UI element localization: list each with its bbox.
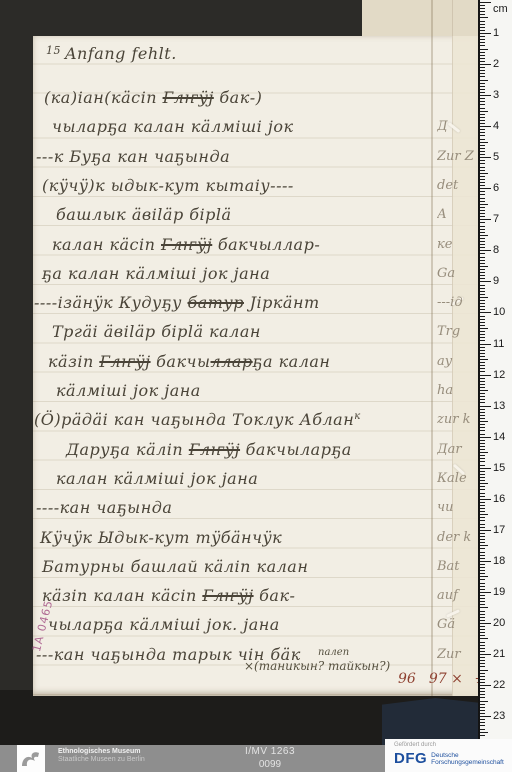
ruler-tick bbox=[480, 139, 485, 140]
ruler-tick bbox=[480, 269, 485, 270]
ruler-tick bbox=[480, 340, 485, 341]
ruler-tick bbox=[480, 76, 485, 77]
ruler-tick bbox=[480, 285, 485, 286]
ruler-tick bbox=[480, 247, 485, 248]
ruler-tick bbox=[480, 92, 485, 93]
ruler-tick bbox=[480, 611, 485, 612]
ruler-tick bbox=[480, 589, 485, 590]
ruler-number: 13 bbox=[493, 400, 505, 412]
ruler-tick bbox=[480, 266, 488, 267]
ruler-tick bbox=[480, 682, 485, 683]
ruler-tick bbox=[480, 704, 485, 705]
ruler-tick bbox=[480, 160, 485, 161]
margin-fragment: zur k bbox=[437, 412, 478, 427]
ruler-tick bbox=[480, 642, 485, 643]
ruler-tick bbox=[480, 86, 485, 87]
ruler-tick bbox=[480, 493, 485, 494]
ruler-tick bbox=[480, 198, 485, 199]
museum-name: Ethnologisches Museum Staatliche Museen … bbox=[58, 748, 145, 764]
ruler-tick bbox=[480, 427, 485, 428]
ruler-tick bbox=[480, 719, 485, 720]
museum-logo-icon bbox=[17, 745, 45, 772]
ruler-tick bbox=[480, 663, 485, 664]
ruler-tick bbox=[480, 238, 485, 239]
museum-name-line2: Staatliche Museen zu Berlin bbox=[58, 756, 145, 764]
margin-fragment: Д bbox=[437, 119, 478, 134]
ruler-tick bbox=[480, 173, 488, 174]
manuscript-line: (кÿчÿ)к ыдык-кут кытаiу---- bbox=[42, 176, 294, 195]
ruler-tick bbox=[480, 11, 485, 12]
ruler-tick bbox=[480, 154, 485, 155]
ruler-tick bbox=[480, 108, 485, 109]
ruler-tick bbox=[480, 623, 491, 624]
manuscript-line: кäзiп калан кäciп Глҥӱj бак- bbox=[42, 586, 295, 605]
ruler-tick bbox=[480, 474, 485, 475]
ruler-tick bbox=[480, 5, 485, 6]
margin-fragment: ау bbox=[437, 354, 478, 369]
ruler-tick bbox=[480, 598, 485, 599]
ruler-tick bbox=[480, 45, 485, 46]
ruler-tick bbox=[480, 716, 491, 717]
ruler-tick bbox=[480, 120, 485, 121]
ruler-tick bbox=[480, 14, 485, 15]
ruler-tick bbox=[480, 207, 485, 208]
manuscript-line: калан кäлмiшi jок jана bbox=[56, 469, 258, 488]
ruler-number: 8 bbox=[493, 244, 499, 256]
scan-page-number: 0099 bbox=[200, 759, 340, 770]
ruler-number: 16 bbox=[493, 493, 505, 505]
ruler-tick bbox=[480, 356, 485, 357]
dfg-full-name: Deutsche Forschungsgemeinschaft bbox=[431, 752, 504, 766]
ruler-number: 21 bbox=[493, 648, 505, 660]
ruler-tick bbox=[480, 334, 485, 335]
ruler-tick bbox=[480, 52, 485, 53]
ruler-tick bbox=[480, 359, 488, 360]
ruler-tick bbox=[480, 449, 485, 450]
manuscript-line: Кÿчÿк Ыдык-кут тÿбäнчÿк bbox=[40, 528, 282, 547]
ruler-tick bbox=[480, 316, 485, 317]
manuscript-line: Батурны башлай кäлiп калан bbox=[42, 557, 308, 576]
ruler-tick bbox=[480, 263, 485, 264]
ruler-tick bbox=[480, 691, 485, 692]
ruler-tick bbox=[480, 371, 485, 372]
margin-fragment: ---iд bbox=[437, 295, 478, 310]
ruler-tick bbox=[480, 564, 485, 565]
ruler-tick bbox=[480, 64, 491, 65]
dfg-name-line2: Forschungsgemeinschaft bbox=[431, 759, 504, 766]
dark-card-corner bbox=[382, 698, 479, 745]
ruler-tick bbox=[480, 729, 485, 730]
margin-fragment: Тrg bbox=[437, 324, 478, 339]
manuscript-photo: 15 Anfang fehlt.(ка)iан(кäciп Глҥӱj бак-… bbox=[0, 0, 512, 745]
ruler-tick bbox=[480, 654, 491, 655]
ruler-tick bbox=[480, 319, 485, 320]
ruler-number: 19 bbox=[493, 586, 505, 598]
ruler-tick bbox=[480, 651, 485, 652]
ruler-tick bbox=[480, 421, 488, 422]
ruler-tick bbox=[480, 552, 485, 553]
ruler-tick bbox=[480, 688, 485, 689]
ruler-tick bbox=[480, 402, 485, 403]
ruler-tick bbox=[480, 229, 485, 230]
ruler-tick bbox=[480, 210, 485, 211]
ruler-tick bbox=[480, 406, 491, 407]
dfg-name-line1: Deutsche bbox=[431, 752, 504, 759]
ruler-number: 20 bbox=[493, 617, 505, 629]
ruler-tick bbox=[480, 244, 485, 245]
ruler-tick bbox=[480, 620, 485, 621]
ruler-tick bbox=[480, 545, 488, 546]
ruler-tick bbox=[480, 27, 485, 28]
ruler-tick bbox=[480, 55, 485, 56]
ruler-tick bbox=[480, 378, 485, 379]
ruler-number: 22 bbox=[493, 679, 505, 691]
ruler-tick bbox=[480, 129, 485, 130]
ruler-tick bbox=[480, 536, 485, 537]
ruler-tick bbox=[480, 502, 485, 503]
ruler-tick bbox=[480, 409, 485, 410]
margin-fragment: А bbox=[437, 207, 478, 222]
ruler-tick bbox=[480, 123, 485, 124]
margin-fragment: hа bbox=[437, 383, 478, 398]
ruler-tick bbox=[480, 701, 488, 702]
ruler-tick bbox=[480, 732, 488, 733]
ruler-tick bbox=[480, 288, 485, 289]
ruler-tick bbox=[480, 104, 485, 105]
ruler-tick bbox=[480, 471, 485, 472]
ruler: cm 1234567891011121314151617181920212223 bbox=[478, 0, 512, 740]
ruler-tick bbox=[480, 309, 485, 310]
ruler-tick bbox=[480, 579, 485, 580]
ruler-tick bbox=[480, 226, 485, 227]
manuscript-line: ҕа калан кäлмiшi jок jана bbox=[42, 264, 270, 283]
ruler-tick bbox=[480, 272, 485, 273]
ruler-tick bbox=[480, 694, 485, 695]
ruler-tick bbox=[480, 673, 485, 674]
ruler-tick bbox=[480, 604, 485, 605]
ruler-tick bbox=[480, 142, 488, 143]
annotation-superscript: палеп bbox=[318, 647, 349, 658]
funding-label: Gefördert durch bbox=[394, 742, 436, 748]
ruler-tick bbox=[480, 638, 488, 639]
ruler-tick bbox=[480, 626, 485, 627]
ruler-tick bbox=[480, 132, 485, 133]
ruler-tick bbox=[480, 98, 485, 99]
ruler-tick bbox=[480, 135, 485, 136]
ruler-tick bbox=[480, 344, 491, 345]
ruler-tick bbox=[480, 191, 485, 192]
ruler-tick bbox=[480, 24, 485, 25]
ruler-number: 4 bbox=[493, 120, 499, 132]
ruler-tick bbox=[480, 561, 491, 562]
ruler-tick bbox=[480, 679, 485, 680]
ruler-tick bbox=[480, 645, 485, 646]
ruler-number: 15 bbox=[493, 462, 505, 474]
ruler-tick bbox=[480, 176, 485, 177]
ruler-tick bbox=[480, 393, 485, 394]
ruler-tick bbox=[480, 710, 485, 711]
ruler-tick bbox=[480, 347, 485, 348]
ruler-tick bbox=[480, 539, 485, 540]
ruler-tick bbox=[480, 17, 488, 18]
ruler-number: 9 bbox=[493, 275, 499, 287]
ruler-number: 1 bbox=[493, 27, 499, 39]
ruler-number: 12 bbox=[493, 369, 505, 381]
ruler-tick bbox=[480, 567, 485, 568]
ruler-tick bbox=[480, 660, 485, 661]
ruler-tick bbox=[480, 232, 485, 233]
vertical-crease bbox=[431, 0, 433, 696]
ruler-tick bbox=[480, 443, 485, 444]
ruler-tick bbox=[480, 465, 485, 466]
ruler-number: 7 bbox=[493, 213, 499, 225]
ruler-tick bbox=[480, 514, 488, 515]
ruler-tick bbox=[480, 21, 485, 22]
ruler-tick bbox=[480, 300, 485, 301]
ruler-tick bbox=[480, 194, 485, 195]
ruler-tick bbox=[480, 517, 485, 518]
ruler-tick bbox=[480, 670, 488, 671]
ruler-tick bbox=[480, 337, 485, 338]
red-page-number: 97 × bbox=[429, 671, 463, 687]
ruler-tick bbox=[480, 592, 491, 593]
ruler-tick bbox=[480, 179, 485, 180]
inventory-number: I/MV 1263 bbox=[200, 746, 340, 757]
ruler-tick bbox=[480, 117, 485, 118]
ruler-tick bbox=[480, 145, 485, 146]
ruler-tick bbox=[480, 325, 485, 326]
ruler-tick bbox=[480, 281, 491, 282]
ruler-tick bbox=[480, 278, 485, 279]
ruler-tick bbox=[480, 418, 485, 419]
ruler-tick bbox=[480, 170, 485, 171]
red-page-number: 96 bbox=[398, 671, 416, 687]
ruler-tick bbox=[480, 260, 485, 261]
ruler-tick bbox=[480, 257, 485, 258]
margin-fragment: Дar bbox=[437, 442, 478, 457]
ruler-tick bbox=[480, 33, 491, 34]
ruler-tick bbox=[480, 430, 485, 431]
ruler-tick bbox=[480, 583, 485, 584]
ruler-tick bbox=[480, 185, 485, 186]
ruler-tick bbox=[480, 89, 485, 90]
ruler-tick bbox=[480, 353, 485, 354]
manuscript-line: кäлмiшi jок jана bbox=[56, 381, 201, 400]
ruler-tick bbox=[480, 629, 485, 630]
ruler-tick bbox=[480, 126, 491, 127]
ruler-tick bbox=[480, 505, 485, 506]
ruler-tick bbox=[480, 440, 485, 441]
ruler-tick bbox=[480, 508, 485, 509]
ruler-tick bbox=[480, 331, 485, 332]
ruler-tick bbox=[480, 36, 485, 37]
ruler-tick bbox=[480, 70, 485, 71]
ruler-tick bbox=[480, 555, 485, 556]
ruler-tick bbox=[480, 576, 488, 577]
ruler-tick bbox=[480, 558, 485, 559]
ruler-tick bbox=[480, 241, 485, 242]
manuscript-line: башлык äвiläр бiрlä bbox=[56, 205, 232, 224]
ruler-tick bbox=[480, 437, 491, 438]
ruler-tick bbox=[480, 312, 491, 313]
ruler-tick bbox=[480, 188, 491, 189]
ruler-tick bbox=[480, 384, 485, 385]
ruler-tick bbox=[480, 477, 485, 478]
ruler-tick bbox=[480, 468, 491, 469]
ruler-tick bbox=[480, 322, 485, 323]
ruler-tick bbox=[480, 67, 485, 68]
ruler-tick bbox=[480, 542, 485, 543]
ruler-unit-label: cm bbox=[493, 3, 508, 15]
ruler-tick bbox=[480, 511, 485, 512]
ruler-number: 18 bbox=[493, 555, 505, 567]
ruler-tick bbox=[480, 722, 485, 723]
ruler-tick bbox=[480, 39, 485, 40]
ruler-tick bbox=[480, 83, 485, 84]
ruler-tick bbox=[480, 167, 485, 168]
ruler-tick bbox=[480, 375, 491, 376]
ruler-tick bbox=[480, 368, 485, 369]
ruler-tick bbox=[480, 250, 491, 251]
margin-fragment: det bbox=[437, 178, 478, 193]
ruler-tick bbox=[480, 483, 488, 484]
ruler-tick bbox=[480, 101, 485, 102]
ruler-tick bbox=[480, 617, 485, 618]
ruler-tick bbox=[480, 235, 488, 236]
manuscript-line: ----iзäнÿк Кудуҕу батур Jiркäнт bbox=[34, 293, 320, 312]
ruler-number: 23 bbox=[493, 710, 505, 722]
ruler-tick bbox=[480, 350, 485, 351]
margin-fragment: der k bbox=[437, 530, 478, 545]
ruler-tick bbox=[480, 607, 488, 608]
ruler-number: 17 bbox=[493, 524, 505, 536]
manuscript-line: (ка)iан(кäciп Глҥӱj бак-) bbox=[44, 88, 262, 107]
manuscript-line: (Ö)рäдäi кан чаҕында Токлук Абланк bbox=[34, 410, 361, 429]
ruler-tick bbox=[480, 666, 485, 667]
ruler-tick bbox=[480, 434, 485, 435]
ruler-tick bbox=[480, 676, 485, 677]
manuscript-line: кäзiп Глҥӱj бакчылларҕа калан bbox=[48, 352, 330, 371]
ruler-tick bbox=[480, 114, 485, 115]
ruler-number: 5 bbox=[493, 151, 499, 163]
ruler-tick bbox=[480, 455, 485, 456]
ruler-tick bbox=[480, 657, 485, 658]
ruler-tick bbox=[480, 73, 485, 74]
ruler-tick bbox=[480, 216, 485, 217]
margin-fragment: Gа bbox=[437, 266, 478, 281]
ruler-tick bbox=[480, 635, 485, 636]
ruler-tick bbox=[480, 452, 488, 453]
margin-fragment: Zur Z bbox=[437, 149, 478, 164]
ruler-tick bbox=[480, 548, 485, 549]
ruler-tick bbox=[480, 213, 485, 214]
ruler-tick bbox=[480, 527, 485, 528]
manuscript-line: калан кäciп Глҥӱj бакчыллар- bbox=[52, 235, 320, 254]
margin-fragment: auf bbox=[437, 588, 478, 603]
ruler-tick bbox=[480, 399, 485, 400]
ruler-tick bbox=[480, 151, 485, 152]
ruler-tick bbox=[480, 499, 491, 500]
ruler-number: 14 bbox=[493, 431, 505, 443]
ruler-tick bbox=[480, 496, 485, 497]
manuscript-line: чыларҕа калан кäлмiшi jок bbox=[52, 117, 294, 136]
ruler-tick bbox=[480, 148, 485, 149]
manuscript-line: Даруҕа кäлiп Глҥӱj бакчыларҕа bbox=[66, 440, 352, 459]
ruler-tick bbox=[480, 713, 485, 714]
ruler-tick bbox=[480, 707, 485, 708]
ruler-tick bbox=[480, 614, 485, 615]
ruler-tick bbox=[480, 306, 485, 307]
ruler-tick bbox=[480, 201, 485, 202]
ruler-tick bbox=[480, 49, 488, 50]
ruler-tick bbox=[480, 297, 488, 298]
ruler-tick bbox=[480, 524, 485, 525]
ruler-tick bbox=[480, 61, 485, 62]
ruler-tick bbox=[480, 486, 485, 487]
museum-name-line1: Ethnologisches Museum bbox=[58, 748, 145, 756]
ruler-tick bbox=[480, 424, 485, 425]
ruler-tick bbox=[480, 303, 485, 304]
ruler-tick bbox=[480, 157, 491, 158]
ruler-tick bbox=[480, 95, 491, 96]
ruler-tick bbox=[480, 570, 485, 571]
dfg-logo: DFG bbox=[394, 750, 427, 767]
ruler-tick bbox=[480, 533, 485, 534]
margin-fragment: Кale bbox=[437, 471, 478, 486]
manuscript-line: ----кан чаҕында bbox=[36, 498, 172, 517]
ruler-tick bbox=[480, 328, 488, 329]
ruler-tick bbox=[480, 461, 485, 462]
annotation-small: ×(таникын? тайкын?) bbox=[244, 659, 390, 673]
ruler-tick bbox=[480, 735, 485, 736]
ruler-number: 11 bbox=[493, 338, 504, 350]
ruler-tick bbox=[480, 222, 485, 223]
margin-fragment: Zur bbox=[437, 647, 478, 662]
ruler-number: 6 bbox=[493, 182, 499, 194]
ruler-tick bbox=[480, 294, 485, 295]
ruler-tick bbox=[480, 586, 485, 587]
ruler-tick bbox=[480, 182, 485, 183]
ruler-tick bbox=[480, 390, 488, 391]
ruler-tick bbox=[480, 253, 485, 254]
ruler-tick bbox=[480, 632, 485, 633]
ruler-tick bbox=[480, 685, 491, 686]
ruler-tick bbox=[480, 365, 485, 366]
ruler-tick bbox=[480, 446, 485, 447]
manuscript-line: чыларҕа кäлмiшi jок. jана bbox=[48, 615, 280, 634]
dfg-funding-box: Gefördert durch DFG Deutsche Forschungsg… bbox=[385, 739, 512, 772]
margin-fragment: чи bbox=[437, 500, 478, 515]
ruler-tick bbox=[480, 480, 485, 481]
ruler-tick bbox=[480, 601, 485, 602]
ruler-tick bbox=[480, 573, 485, 574]
manuscript-line: Тргäi äвiläр бiрlä калан bbox=[52, 322, 261, 341]
ruler-tick bbox=[480, 530, 491, 531]
ruler-tick bbox=[480, 396, 485, 397]
ruler-number: 2 bbox=[493, 58, 499, 70]
ruler-tick bbox=[480, 2, 491, 3]
ruler-tick bbox=[480, 595, 485, 596]
ruler-number: 10 bbox=[493, 306, 505, 318]
ruler-tick bbox=[480, 520, 485, 521]
ruler-tick bbox=[480, 111, 488, 112]
ruler-tick bbox=[480, 415, 485, 416]
manuscript-line: 15 Anfang fehlt. bbox=[46, 44, 177, 63]
ruler-tick bbox=[480, 219, 491, 220]
ruler-tick bbox=[480, 458, 485, 459]
margin-fragment: ке bbox=[437, 237, 478, 252]
manuscript-line: ---к Буҕа кан чаҕында bbox=[36, 147, 230, 166]
